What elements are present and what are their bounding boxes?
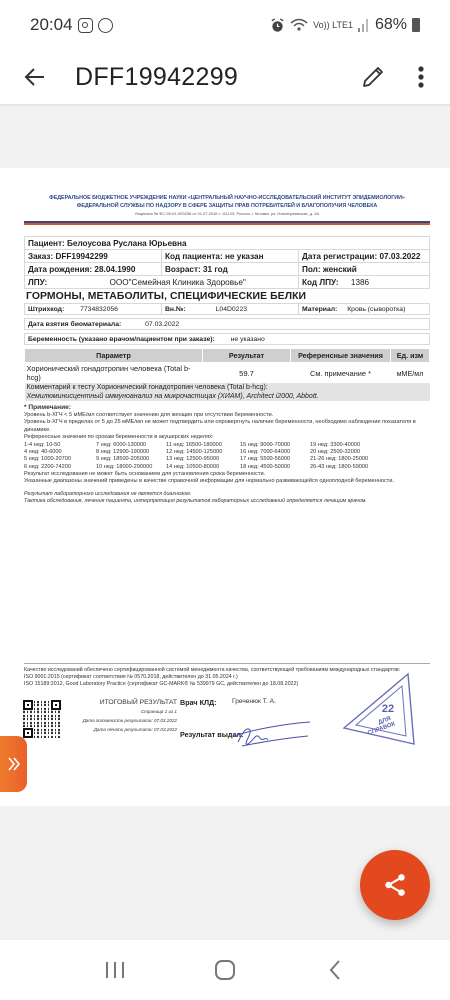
lpu-code-cell: Код ЛПУ: 1386 [299,276,430,289]
side-panel-handle[interactable] [0,736,27,792]
internal-no-cell: Вн.№: L04D0223 [162,304,299,315]
license-line: Лицензия № ФС-99-01-009256 от 01.07.2016… [24,210,430,217]
footer-divider [24,663,430,664]
back-nav-button[interactable] [305,940,365,1000]
stamp-icon: 22 ДЛЯ СПРАВОК [338,670,418,750]
back-button[interactable] [0,49,70,105]
week-range: 18 нед: 4500-50000 [240,464,310,471]
week-range: 1-4 нед: 10-50 [24,442,96,449]
barcode-label: Штрихкод: [28,306,64,313]
wifi-icon [290,18,308,32]
pregnancy-cell: Беременность (указано врачом/пациентом п… [25,334,430,345]
document-content: ФЕДЕРАЛЬНОЕ БЮДЖЕТНОЕ УЧРЕЖДЕНИЕ НАУКИ «… [24,194,430,505]
share-icon [382,872,408,898]
week-range: 26-43 нед: 1800-59000 [310,464,390,471]
header-reference: Референсные значения [291,349,391,363]
sample-info-table: Штрихкод: 7734832056 Вн.№: L04D0223 Мате… [24,303,430,315]
disclaimer-line-1: Результат лабораторного исследования не … [24,491,430,498]
barcode-cell: Штрихкод: 7734832056 [25,304,162,315]
lpu-code-label: Код ЛПУ: [302,278,339,287]
more-vertical-icon [417,65,425,89]
org-name-line-1: ФЕДЕРАЛЬНОЕ БЮДЖЕТНОЕ УЧРЕЖДЕНИЕ НАУКИ «… [24,194,430,202]
header-result: Результат [203,349,291,363]
results-table: Параметр Результат Референсные значения … [24,348,430,401]
notes-line-2: Уровень b-ХГЧ в пределах от 5 до 25 мМЕ/… [24,419,430,434]
sample-date-label: Дата взятия биоматериала: [28,321,121,328]
patient-code: Код пациента: не указан [162,250,299,263]
material-label: Материал: [302,306,337,313]
patient-name: Пациент: Белоусова Руслана Юрьевна [25,237,430,250]
home-button[interactable] [195,940,255,1000]
instagram-icon [78,18,93,33]
order-number: Заказ: DFF19942299 [25,250,162,263]
screen: 20:04 Vo)) LTE1 68% DFF19942299 ФЕДЕРАЛЬ… [0,0,450,1000]
battery-icon [412,18,420,32]
week-range: 12 нед: 14500-125000 [166,449,240,456]
header-parameter: Параметр [25,349,203,363]
week-range: 9 нед: 18500-205000 [96,456,166,463]
week-range: 8 нед: 12900-190000 [96,449,166,456]
material-value: Кровь (сыворотка) [347,306,405,313]
signature-icon [232,716,312,752]
final-result-title: ИТОГОВЫЙ РЕЗУЛЬТАТ [75,698,177,707]
print-date: Дата печати результата: 07.03.2022 [75,725,177,734]
sample-date-table: Дата взятия биоматериала: 07.03.2022 [24,318,430,330]
more-options-button[interactable] [396,49,446,105]
disclaimer: Результат лабораторного исследования не … [24,491,430,505]
material-cell: Материал: Кровь (сыворотка) [299,304,430,315]
svg-text:22: 22 [382,703,394,715]
whatsapp-icon [98,18,113,33]
notes-line-3: Референсные значения по срокам беременно… [24,434,430,442]
notes-heading: * Примечание: [24,404,430,412]
week-range: 4 нед: 40-6000 [24,449,96,456]
unit-value: мМЕ/мл [391,363,430,384]
table-row: Хорионический гонадотропин человека (Tot… [25,363,430,384]
pregnancy-table: Беременность (указано врачом/пациентом п… [24,333,430,345]
flag-divider [24,221,430,225]
pencil-icon [360,64,386,90]
week-range: 21-26 нед: 1800-25000 [310,456,390,463]
birth-date: Дата рождения: 28.04.1990 [25,263,162,276]
doctor-name: Греченюк Т. А. [232,698,276,705]
ready-date: Дата готовности результата: 07.03.2022 [75,716,177,725]
week-range: 10 нед: 18000-290000 [96,464,166,471]
week-range: 20 нед: 2500-32000 [310,449,390,456]
pregnancy-value: не указано [231,336,265,343]
battery-percent: 68% [375,16,407,34]
week-range: 16 нед: 7000-64000 [240,449,310,456]
recent-apps-button[interactable] [85,940,145,1000]
disclaimer-line-2: Тактика обследования, лечения пациента, … [24,498,430,505]
sex: Пол: женский [299,263,430,276]
lpu-label: ЛПУ: [28,278,47,287]
double-chevron-right-icon [7,756,21,772]
week-range: 11 нед: 16500-180000 [166,442,240,449]
age: Возраст: 31 год [162,263,299,276]
status-bar: 20:04 Vo)) LTE1 68% [0,0,450,50]
parameter-name: Хорионический гонадотропин человека (Tot… [25,363,203,384]
edit-button[interactable] [350,49,396,105]
header-unit: Ед. изм [391,349,430,363]
document-page[interactable]: ФЕДЕРАЛЬНОЕ БЮДЖЕТНОЕ УЧРЕЖДЕНИЕ НАУКИ «… [0,168,450,806]
page-number: Страница 1 из 1 [75,707,177,716]
week-range: 14 нед: 10500-80000 [166,464,240,471]
patient-info-table: Пациент: Белоусова Руслана Юрьевна Заказ… [24,236,430,289]
week-range: 15 нед: 9000-70000 [240,442,310,449]
app-bar: DFF19942299 [0,50,450,106]
home-icon [214,959,236,981]
reference-value: См. примечание * [291,363,391,384]
doctor-label: Врач КЛД: [180,698,217,707]
lpu-value: ООО"Семейная Клиника Здоровье" [110,278,246,287]
week-range: 7 нед: 6000-130000 [96,442,166,449]
test-comment: Комментарий к тесту Хорионический гонадо… [25,383,430,392]
notes-block: * Примечание: Уровень b-ХГЧ < 5 мМЕ/мл с… [24,404,430,486]
test-method: Хемилюминисцентный иммуноанализ на микро… [25,392,430,401]
week-range: 17 нед: 5500-56000 [240,456,310,463]
status-time: 20:04 [30,15,73,35]
barcode-value: 7734832056 [80,306,118,313]
org-name-line-2: ФЕДЕРАЛЬНОЙ СЛУЖБЫ ПО НАДЗОРУ В СФЕРЕ ЗА… [24,202,430,210]
recent-apps-icon [104,960,126,980]
notes-line-5: Указанные диапазоны значений приведены в… [24,478,430,486]
sample-date-cell: Дата взятия биоматериала: 07.03.2022 [25,319,430,330]
registration-date: Дата регистрации: 07.03.2022 [299,250,430,263]
week-range: 5 нед: 1000-20700 [24,456,96,463]
week-range: 13 нед: 12500-95000 [166,456,240,463]
internal-no-value: L04D0223 [216,306,247,313]
week-range: 19 нед: 3300-40000 [310,442,390,449]
alarm-icon [270,18,285,33]
back-icon [328,959,342,981]
result-value: 59.7 [203,363,291,384]
system-nav-bar [0,940,450,1000]
lpu-cell: ЛПУ: ООО"Семейная Клиника Здоровье" [25,276,299,289]
pregnancy-label: Беременность (указано врачом/пациентом п… [28,336,215,343]
week-range: 6 нед: 2200-74200 [24,464,96,471]
arrow-left-icon [23,65,47,89]
section-title: ГОРМОНЫ, МЕТАБОЛИТЫ, СПЕЦИФИЧЕСКИЕ БЕЛКИ [24,289,430,303]
lpu-code-value: 1386 [351,278,369,287]
final-result-block: ИТОГОВЫЙ РЕЗУЛЬТАТ Страница 1 из 1 Дата … [75,698,177,734]
internal-no-label: Вн.№: [165,306,186,313]
page-title: DFF19942299 [75,63,350,92]
volte-lte1-icon: Vo)) LTE1 [313,21,353,30]
sample-date-value: 07.03.2022 [145,321,179,328]
signal-icon [358,18,370,32]
notes-line-1: Уровень b-ХГЧ < 5 мМЕ/мл соответствует з… [24,412,430,420]
pregnancy-week-ranges: 1-4 нед: 10-50 7 нед: 6000-130000 11 нед… [24,442,430,471]
share-button[interactable] [360,850,430,920]
